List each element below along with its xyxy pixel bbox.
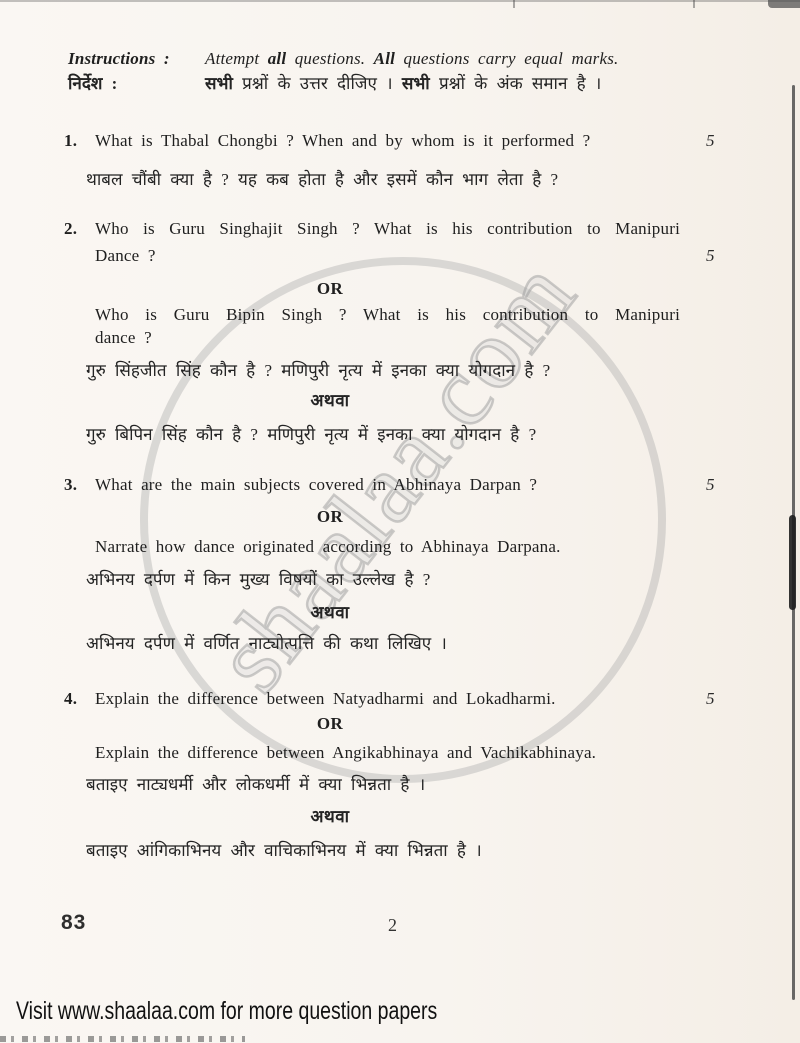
- question-3-number: 3.: [64, 475, 77, 495]
- instructions-label: Instructions :: [68, 49, 170, 69]
- question-2-marks: 5: [706, 246, 715, 266]
- question-2-number: 2.: [64, 219, 77, 239]
- paper-code: 83: [61, 911, 86, 935]
- instructions-part5: questions carry equal marks.: [395, 49, 618, 68]
- page-number: 2: [388, 915, 397, 936]
- question-4-marks: 5: [706, 689, 715, 709]
- instructions-part2-bold: all: [268, 49, 287, 68]
- instructions-hindi-part2: प्रश्नों के उत्तर दीजिए ।: [233, 74, 402, 93]
- question-3-text-en: What are the main subjects covered in Ab…: [95, 475, 537, 495]
- question-2-or-divider: OR: [70, 279, 590, 299]
- question-1-text-hi: थाबल चौंबी क्या है ? यह कब होता है और इस…: [86, 169, 558, 191]
- question-3-marks: 5: [706, 475, 715, 495]
- scan-top-tick-1: [513, 0, 515, 8]
- question-2-text-en-line1: Who is Guru Singhajit Singh ? What is hi…: [95, 219, 680, 239]
- question-3-text-hi: अभिनय दर्पण में किन मुख्य विषयों का उल्ल…: [86, 569, 430, 591]
- question-1-marks: 5: [706, 131, 715, 151]
- instructions-part4-bold: All: [374, 49, 395, 68]
- instructions-text: Attempt all questions. All questions car…: [205, 49, 618, 69]
- question-3-or-divider: OR: [70, 507, 590, 527]
- scan-top-tick-2: [693, 0, 695, 8]
- question-4-alt-text-hi: बताइए आंगिकाभिनय और वाचिकाभिनय में क्या …: [86, 840, 482, 862]
- question-3-or-divider-hindi: अथवा: [70, 602, 590, 624]
- question-4-or-divider: OR: [70, 714, 590, 734]
- question-2-alt-text-en-line2: dance ?: [95, 328, 152, 348]
- instructions-label-hindi: निर्देश :: [68, 73, 117, 95]
- scanned-question-paper-page: { "document": { "instructions": { "label…: [0, 0, 800, 1043]
- question-4-text-hi: बताइए नाट्यधर्मी और लोकधर्मी में क्या भि…: [86, 774, 425, 796]
- scan-bottom-speckle: [0, 1036, 245, 1042]
- question-2-alt-text-en-line1: Who is Guru Bipin Singh ? What is his co…: [95, 305, 680, 325]
- instructions-part1: Attempt: [205, 49, 268, 68]
- instructions-text-hindi: सभी प्रश्नों के उत्तर दीजिए । सभी प्रश्न…: [205, 73, 601, 95]
- instructions-hindi-part4: प्रश्नों के अंक समान है ।: [430, 74, 602, 93]
- question-3-alt-text-en: Narrate how dance originated according t…: [95, 537, 561, 557]
- question-1-text-en: What is Thabal Chongbi ? When and by who…: [95, 131, 590, 151]
- question-4-number: 4.: [64, 689, 77, 709]
- question-4-text-en: Explain the difference between Natyadhar…: [95, 689, 556, 709]
- question-3-alt-text-hi: अभिनय दर्पण में वर्णित नाट्योत्पत्ति की …: [86, 633, 447, 655]
- question-2-text-hi: गुरु सिंहजीत सिंह कौन है ? मणिपुरी नृत्य…: [86, 360, 550, 382]
- scan-top-edge: [0, 0, 800, 2]
- scan-right-edge-blob: [789, 515, 796, 610]
- scan-top-right-smudge: [768, 0, 800, 8]
- question-2-text-en-line2: Dance ?: [95, 246, 156, 266]
- question-2-alt-text-hi: गुरु बिपिन सिंह कौन है ? मणिपुरी नृत्य म…: [86, 424, 536, 446]
- question-2-or-divider-hindi: अथवा: [70, 390, 590, 412]
- instructions-part3: questions.: [286, 49, 373, 68]
- question-4-alt-text-en: Explain the difference between Angikabhi…: [95, 743, 596, 763]
- footer-visit-text: Visit www.shaalaa.com for more question …: [16, 997, 437, 1026]
- instructions-hindi-part1-bold: सभी: [205, 74, 233, 93]
- question-1-number: 1.: [64, 131, 77, 151]
- question-4-or-divider-hindi: अथवा: [70, 806, 590, 828]
- instructions-hindi-part3-bold: सभी: [402, 74, 430, 93]
